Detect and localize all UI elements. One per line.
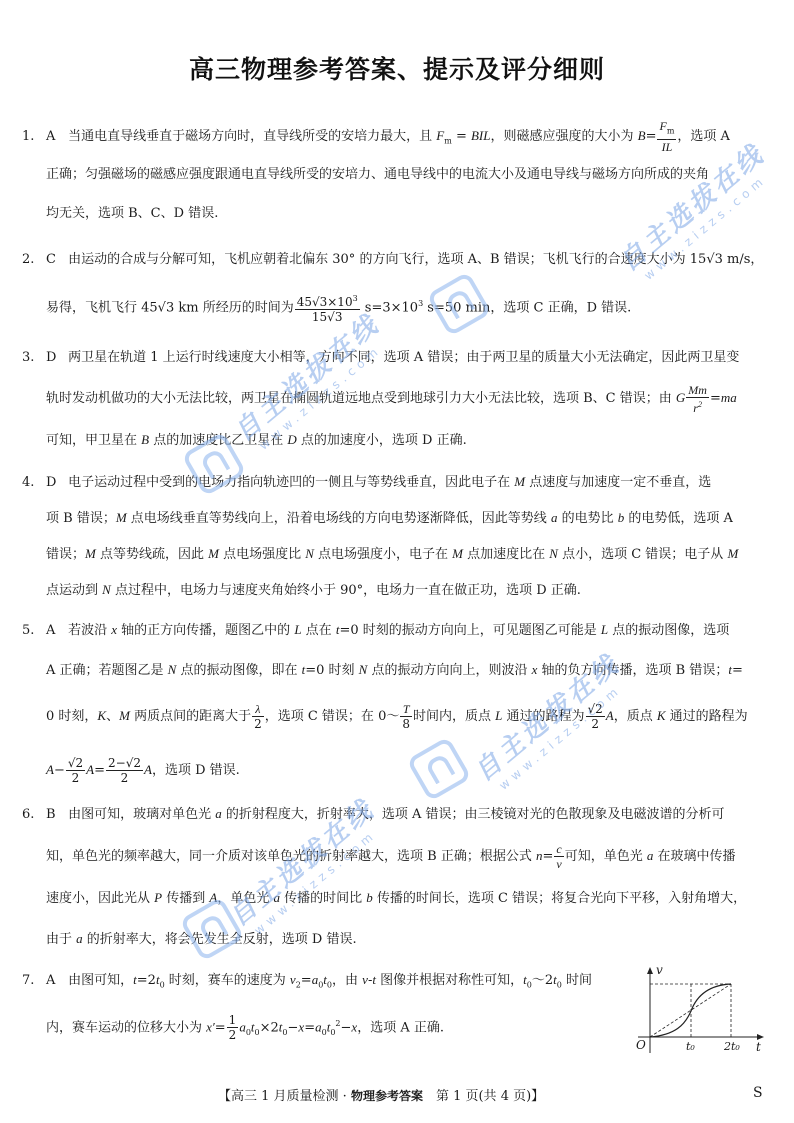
- item-answer: A: [46, 117, 64, 156]
- y-axis-label: v: [656, 963, 663, 977]
- item-number: 3.: [22, 338, 46, 377]
- footer-left: 【高三 1 月质量检测 ·: [218, 1089, 351, 1104]
- item-number: 7.: [22, 961, 46, 1000]
- item-7-line-2: 内，赛车运动的位移大小为 x′=12a0t0×2t0−x=a0t02−x，选项 …: [46, 1004, 444, 1052]
- item-2-line-2: 易得，飞机飞行 45√3 km 所经历的时间为45√3×10315√3 s=3×…: [46, 284, 631, 327]
- vt-graph-figure: v O t₀ 2t₀ t: [630, 965, 770, 1060]
- item-4-line-1: 4.D 电子运动过程中受到的电场力指向轨迹凹的一侧且与等势线垂直，因此电子在 M…: [22, 462, 711, 502]
- item-5-line-4: A−√22A=2−√22A，选项 D 错误.: [46, 750, 240, 790]
- item-1-line-1: 1.A 当通电直导线垂直于磁场方向时，直导线所受的安培力最大，且 Fm = BI…: [22, 116, 730, 161]
- item-4-line-4: 点运动到 N 点过程中，电场力与速度夹角始终小于 90°，电场力一直在做正功，选…: [46, 570, 581, 610]
- item-answer: D: [46, 338, 64, 377]
- item-answer: B: [46, 795, 64, 834]
- vt-graph-svg: [630, 965, 770, 1060]
- item-number: 6.: [22, 795, 46, 834]
- origin-label: O: [636, 1038, 646, 1052]
- corner-mark: S: [753, 1085, 763, 1101]
- item-7-line-1: 7.A 由图可知，t=2t0 时刻，赛车的速度为 v2=a0t0，由 v-t 图…: [22, 960, 592, 1005]
- item-5-line-2: A 正确；若题图乙是 N 点的振动图像，即在 t=0 时刻 N 点的振动方向向上…: [46, 650, 743, 690]
- footer-page: 第 1 页(共 4 页)】: [423, 1089, 544, 1104]
- item-5-line-3: 0 时刻，K、M 两质点间的距离大于λ2，选项 C 错误；在 0～T8时间内，质…: [46, 696, 748, 736]
- item-1-line-3: 均无关，选项 B、C、D 错误.: [46, 194, 218, 233]
- item-answer: A: [46, 611, 64, 650]
- item-answer: C: [46, 240, 64, 279]
- item-3-line-3: 可知，甲卫星在 B 点的加速度比乙卫星在 D 点的加速度小，选项 D 正确.: [46, 420, 467, 460]
- footer-subject: 物理参考答案: [351, 1089, 423, 1103]
- item-6-line-3: 速度小，因此光从 P 传播到 A，单色光 a 传播的时间比 b 传播的时间长，选…: [46, 878, 746, 918]
- item-6-line-2: 知，单色光的频率越大，同一介质对该单色光的折射率越大，选项 B 正确；根据公式 …: [46, 836, 735, 876]
- x-tick-2t0: 2t₀: [724, 1040, 740, 1053]
- watermark-logo-icon: [406, 736, 472, 802]
- item-number: 5.: [22, 611, 46, 650]
- item-number: 4.: [22, 463, 46, 502]
- item-number: 1.: [22, 117, 46, 156]
- item-3-line-1: 3.D 两卫星在轨道 1 上运行时线速度大小相等，方向不同，选项 A 错误；由于…: [22, 338, 739, 377]
- item-3-line-2: 轨时发动机做功的大小无法比较，两卫星在椭圆轨道远地点受到地球引力大小无法比较，选…: [46, 378, 737, 418]
- page-title: 高三物理参考答案、提示及评分细则: [0, 50, 794, 86]
- item-4-line-2: 项 B 错误；M 点电场线垂直等势线向上，沿着电场线的方向电势逐渐降低，因此等势…: [46, 498, 733, 538]
- page-footer: 【高三 1 月质量检测 · 物理参考答案 第 1 页(共 4 页)】: [218, 1085, 544, 1104]
- item-4-line-3: 错误；M 点等势线疏，因此 M 点电场强度比 N 点电场强度小，电子在 M 点加…: [46, 534, 738, 574]
- x-tick-t0: t₀: [686, 1040, 695, 1053]
- item-answer: A: [46, 961, 64, 1000]
- item-number: 2.: [22, 240, 46, 279]
- item-5-line-1: 5.A 若波沿 x 轴的正方向传播，题图乙中的 L 点在 t=0 时刻的振动方向…: [22, 610, 729, 650]
- item-answer: D: [46, 463, 64, 502]
- x-axis-label: t: [756, 1040, 761, 1054]
- item-2-line-1: 2.C 由运动的合成与分解可知，飞机应朝着北偏东 30° 的方向飞行，选项 A、…: [22, 240, 763, 279]
- item-6-line-1: 6.B 由图可知，玻璃对单色光 a 的折射程度大，折射率大，选项 A 错误；由三…: [22, 794, 725, 834]
- item-1-line-2: 正确；匀强磁场的磁感应强度跟通电直导线所受的安培力、通电导线中的电流大小及通电导…: [46, 155, 709, 194]
